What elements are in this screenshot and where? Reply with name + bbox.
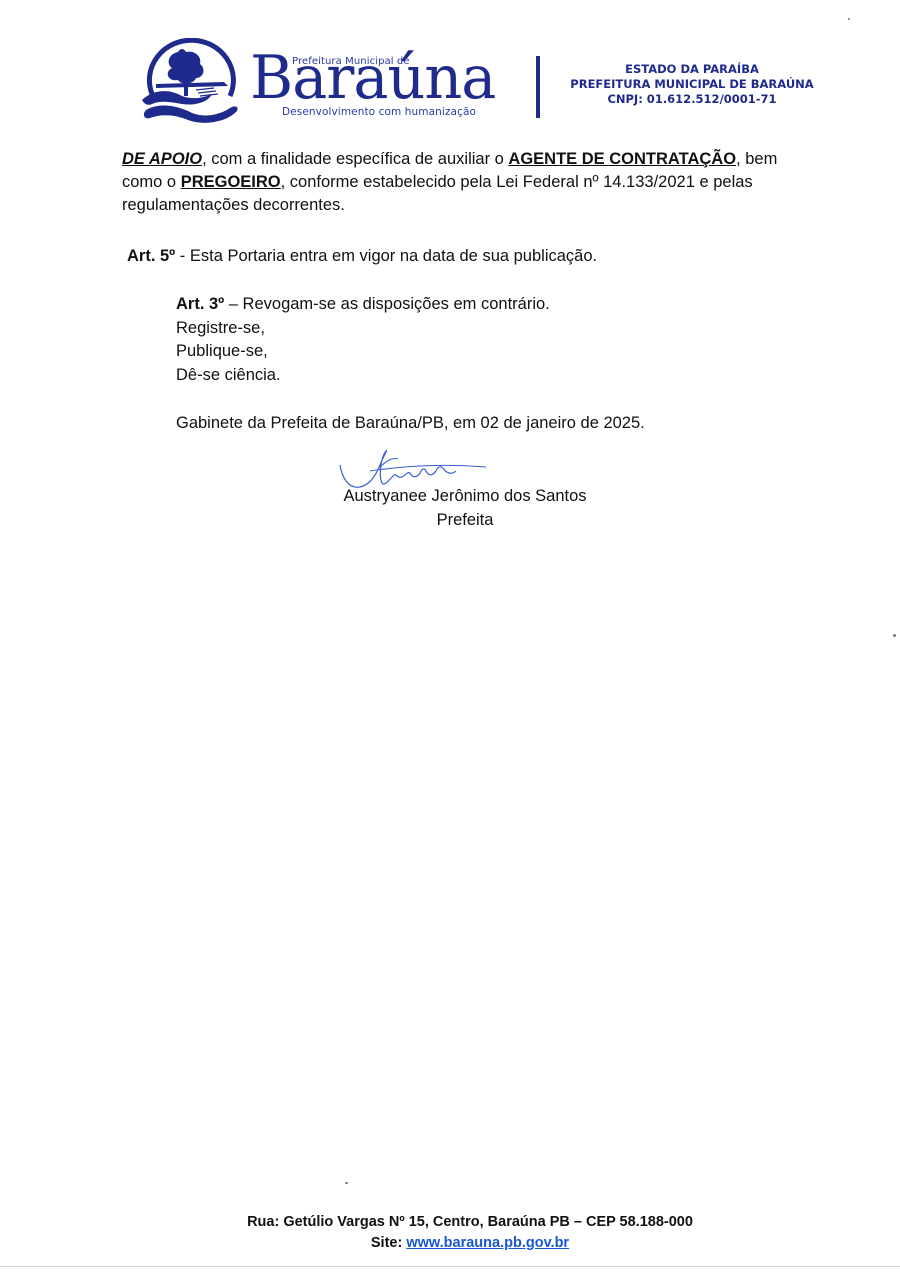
article-3-label: Art. 3º [176,295,224,313]
logo-name: Baraúna [250,48,495,108]
article-3-text: – Revogam-se as disposições em contrário… [224,295,550,313]
place-and-date: Gabinete da Prefeita de Baraúna/PB, em 0… [176,412,645,435]
header-divider [536,56,540,118]
article-5-text: - Esta Portaria entra em vigor na data d… [175,247,597,265]
page-bottom-edge [0,1266,900,1267]
state-name: ESTADO DA PARAÍBA [546,62,838,77]
closing-block: Art. 3º – Revogam-se as disposições em c… [176,293,550,387]
article-3: Art. 3º – Revogam-se as disposições em c… [176,293,550,317]
footer-site: Site: www.barauna.pb.gov.br [0,1233,900,1254]
government-identification: ESTADO DA PARAÍBA PREFEITURA MUNICIPAL D… [546,62,838,107]
cnpj: CNPJ: 01.612.512/0001-71 [546,92,838,107]
municipality-name: PREFEITURA MUNICIPAL DE BARAÚNA [546,77,838,92]
emphasis-pregoeiro: PREGOEIRO [181,173,281,191]
article-5-label: Art. 5º [127,247,175,265]
emphasis-agente-contratacao: AGENTE DE CONTRATAÇÃO [508,150,736,168]
scan-speck [893,634,896,637]
scan-speck [345,1182,348,1184]
signer-name: Austryanee Jerônimo dos Santos [300,485,630,508]
site-link[interactable]: www.barauna.pb.gov.br [406,1235,569,1251]
signer-role: Prefeita [300,509,630,532]
site-label: Site: [371,1235,406,1251]
closing-line: Registre-se, [176,317,550,341]
closing-line: Publique-se, [176,340,550,364]
signature-block: Austryanee Jerônimo dos Santos Prefeita [300,445,630,535]
article-5: Art. 5º - Esta Portaria entra em vigor n… [127,245,597,268]
body-paragraph: DE APOIO, com a finalidade específica de… [122,148,812,217]
document-page: Prefeitura Municipal de Baraúna Desenvol… [0,0,900,1272]
tree-hands-emblem-icon [138,38,242,124]
municipality-logo: Prefeitura Municipal de Baraúna Desenvol… [250,42,530,124]
closing-line: Dê-se ciência. [176,364,550,388]
letterhead: Prefeitura Municipal de Baraúna Desenvol… [138,38,838,124]
footer-address: Rua: Getúlio Vargas Nº 15, Centro, Baraú… [0,1212,900,1233]
emphasis-de-apoio: DE APOIO [122,150,202,168]
scan-speck [848,18,850,20]
logo-tagline: Desenvolvimento com humanização [282,106,476,118]
footer: Rua: Getúlio Vargas Nº 15, Centro, Baraú… [0,1212,900,1254]
paragraph-text: , com a finalidade específica de auxilia… [202,150,508,168]
